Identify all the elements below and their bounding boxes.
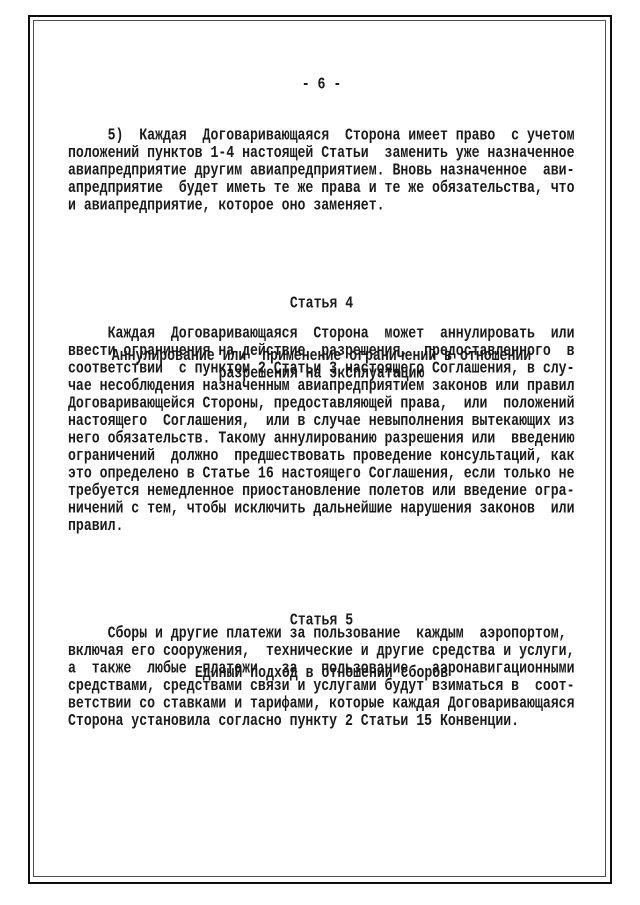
article-4-title: Статья 4 (68, 295, 575, 313)
page-number: - 6 - (68, 76, 575, 94)
clause-5-paragraph: 5) Каждая Договаривающаяся Сторона имеет… (68, 127, 575, 215)
article-5-paragraph: Сборы и другие платежи за пользование ка… (68, 625, 575, 730)
scanned-page: - 6 - 5) Каждая Договаривающаяся Сторона… (0, 0, 640, 905)
article-4-paragraph: Каждая Договаривающаяся Сторона может ан… (68, 325, 575, 535)
